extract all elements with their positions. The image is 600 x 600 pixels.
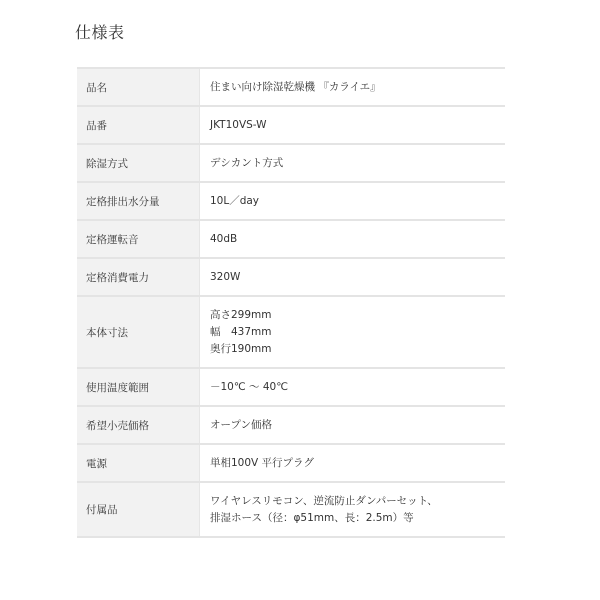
spec-value-line: 奥行190mm — [210, 341, 505, 358]
spec-value-line: 単相100V 平行プラグ — [210, 455, 505, 472]
spec-value-line: 10L／day — [210, 193, 505, 210]
spec-value: 40dB — [200, 220, 506, 258]
spec-row-power-source: 電源 単相100V 平行プラグ — [77, 444, 505, 482]
spec-row-retail-price: 希望小売価格 オープン価格 — [77, 406, 505, 444]
spec-value-line: 幅 437mm — [210, 324, 505, 341]
spec-value: 住まい向け除湿乾燥機 『カライエ』 — [200, 68, 506, 106]
spec-row-rated-power: 定格消費電力 320W — [77, 258, 505, 296]
spec-value: ワイヤレスリモコン、逆流防止ダンパーセット、 排湿ホース（径：φ51mm、長：2… — [200, 482, 506, 537]
spec-label: 定格運転音 — [77, 220, 200, 258]
spec-label: 定格排出水分量 — [77, 182, 200, 220]
spec-value-line: JKT10VS-W — [210, 117, 505, 134]
spec-row-model-number: 品番 JKT10VS-W — [77, 106, 505, 144]
spec-value: JKT10VS-W — [200, 106, 506, 144]
spec-table: 品名 住まい向け除湿乾燥機 『カライエ』 品番 JKT10VS-W 除湿方式 デ… — [77, 67, 505, 538]
spec-value: －10℃ ～ 40℃ — [200, 368, 506, 406]
spec-row-rated-noise: 定格運転音 40dB — [77, 220, 505, 258]
spec-row-product-name: 品名 住まい向け除湿乾燥機 『カライエ』 — [77, 68, 505, 106]
spec-label: 使用温度範囲 — [77, 368, 200, 406]
spec-value: デシカント方式 — [200, 144, 506, 182]
spec-label: 本体寸法 — [77, 296, 200, 368]
spec-row-dehumidify-method: 除湿方式 デシカント方式 — [77, 144, 505, 182]
spec-value-line: 排湿ホース（径：φ51mm、長：2.5m）等 — [210, 510, 505, 527]
spec-label: 除湿方式 — [77, 144, 200, 182]
spec-label: 品名 — [77, 68, 200, 106]
spec-value-line: オープン価格 — [210, 417, 505, 434]
spec-value: 高さ299mm 幅 437mm 奥行190mm — [200, 296, 506, 368]
spec-value: 10L／day — [200, 182, 506, 220]
spec-value: オープン価格 — [200, 406, 506, 444]
spec-value-line: ワイヤレスリモコン、逆流防止ダンパーセット、 — [210, 493, 505, 510]
spec-value-line: －10℃ ～ 40℃ — [210, 379, 505, 396]
spec-row-operating-temperature: 使用温度範囲 －10℃ ～ 40℃ — [77, 368, 505, 406]
spec-label: 電源 — [77, 444, 200, 482]
spec-label: 定格消費電力 — [77, 258, 200, 296]
spec-value-line: 高さ299mm — [210, 307, 505, 324]
spec-label: 付属品 — [77, 482, 200, 537]
page-title: 仕様表 — [75, 20, 125, 43]
spec-value-line: 40dB — [210, 231, 505, 248]
spec-label: 希望小売価格 — [77, 406, 200, 444]
spec-value-line: 住まい向け除湿乾燥機 『カライエ』 — [210, 79, 505, 96]
spec-value: 単相100V 平行プラグ — [200, 444, 506, 482]
spec-row-dimensions: 本体寸法 高さ299mm 幅 437mm 奥行190mm — [77, 296, 505, 368]
spec-row-rated-water-output: 定格排出水分量 10L／day — [77, 182, 505, 220]
spec-label: 品番 — [77, 106, 200, 144]
spec-row-accessories: 付属品 ワイヤレスリモコン、逆流防止ダンパーセット、 排湿ホース（径：φ51mm… — [77, 482, 505, 537]
spec-value-line: 320W — [210, 269, 505, 286]
spec-value: 320W — [200, 258, 506, 296]
spec-value-line: デシカント方式 — [210, 155, 505, 172]
